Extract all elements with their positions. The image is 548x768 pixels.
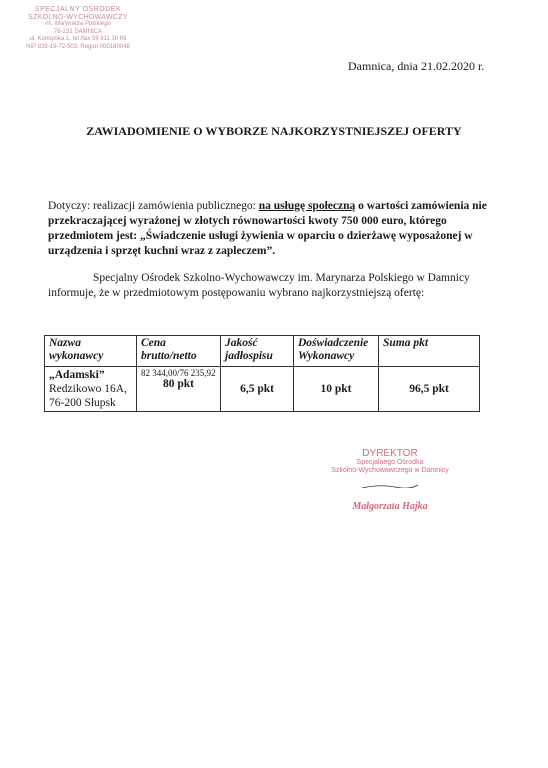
price-value: 82 344,00/76 235,92 — [141, 368, 216, 378]
school-stamp: SPECJALNY OŚRODEK SZKOLNO-WYCHOWAWCZY im… — [8, 6, 148, 51]
stamp-line: SZKOLNO-WYCHOWAWCZY — [8, 14, 148, 22]
table-header-row: Nazwa wykonawcy Cena brutto/netto Jakość… — [45, 336, 480, 367]
contractor-address: Redzikowo 16A, — [49, 382, 132, 396]
header-quality: Jakość jadłospisu — [221, 336, 294, 367]
signature-name: Małgorzata Hajka — [300, 501, 480, 512]
price-points: 80 pkt — [141, 378, 216, 390]
header-experience: Doświadczenie Wykonawcy — [294, 336, 379, 367]
handwritten-signature-icon — [360, 482, 420, 488]
information-paragraph: Specjalny Ośrodek Szkolno-Wychowawczy im… — [48, 271, 493, 301]
document-title: ZAWIADOMIENIE O WYBORZE NAJKORZYSTNIEJSZ… — [0, 124, 548, 139]
subject-paragraph: Dotyczy: realizacji zamówienia publiczne… — [48, 199, 493, 259]
header-total: Suma pkt — [379, 336, 480, 367]
signature-role: DYREKTOR — [300, 448, 480, 459]
quality-points: 6,5 pkt — [221, 367, 294, 412]
signature-org: Specjalnego Ośrodka — [300, 459, 480, 467]
experience-points: 10 pkt — [294, 367, 379, 412]
director-signature-stamp: DYREKTOR Specjalnego Ośrodka Szkolno-Wyc… — [300, 448, 480, 512]
offer-table: Nazwa wykonawcy Cena brutto/netto Jakość… — [44, 335, 480, 412]
price-cell: 82 344,00/76 235,92 80 pkt — [137, 367, 221, 412]
stamp-line: im. Marynarza Polskiego — [8, 21, 148, 29]
stamp-line: 76-231 DAMNICA — [8, 29, 148, 37]
stamp-line: NIP 839-19-72-503, Regon 000180048 — [8, 44, 148, 52]
contractor-cell: „Adamski” Redzikowo 16A, 76-200 Słupsk — [45, 367, 137, 412]
stamp-line: SPECJALNY OŚRODEK — [8, 6, 148, 14]
contractor-city: 76-200 Słupsk — [49, 396, 132, 410]
total-points: 96,5 pkt — [379, 367, 480, 412]
header-price: Cena brutto/netto — [137, 336, 221, 367]
stamp-line: ul. Konopska 1, tel./fax 59 811 30 69 — [8, 36, 148, 44]
subject-underlined: na usługę społeczną — [259, 200, 356, 212]
header-contractor: Nazwa wykonawcy — [45, 336, 137, 367]
table-row: „Adamski” Redzikowo 16A, 76-200 Słupsk 8… — [45, 367, 480, 412]
signature-org: Szkolno-Wychowawczego w Damnicy — [300, 467, 480, 475]
contractor-name: „Adamski” — [49, 368, 132, 382]
document-date: Damnica, dnia 21.02.2020 r. — [348, 59, 484, 74]
subject-intro: Dotyczy: realizacji zamówienia publiczne… — [48, 200, 259, 212]
